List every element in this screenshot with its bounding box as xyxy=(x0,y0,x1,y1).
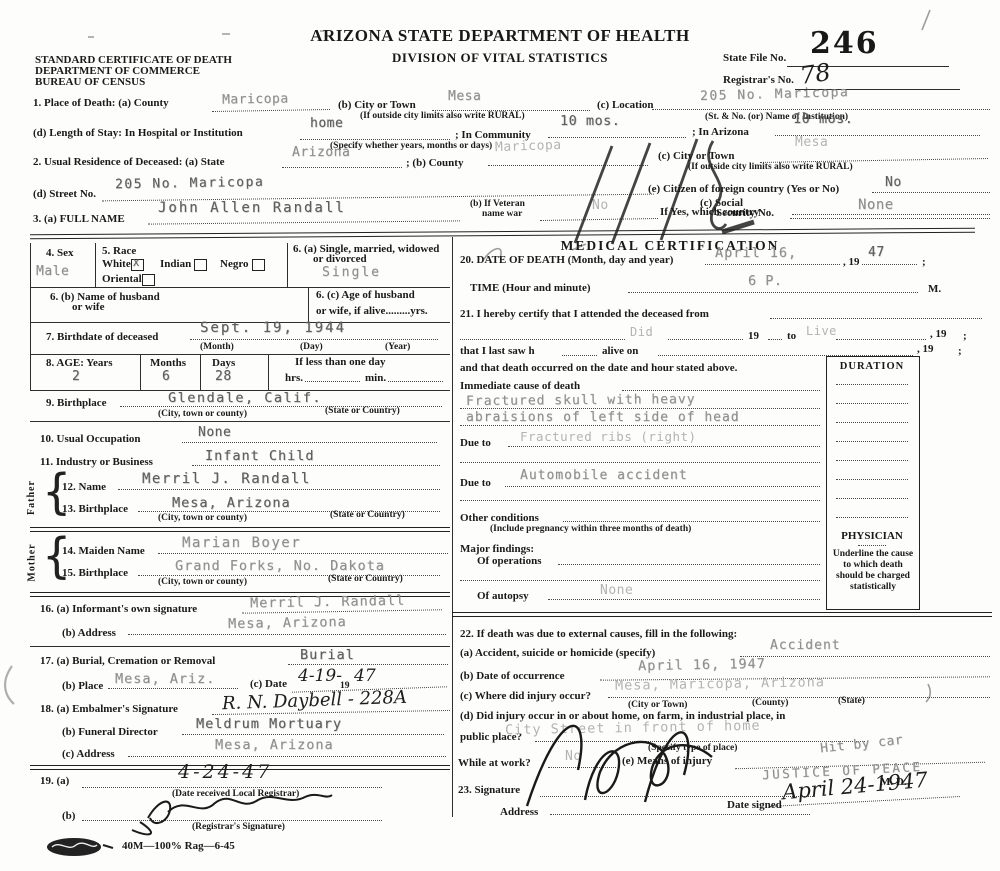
full-name-label: 3. (a) FULL NAME xyxy=(33,213,125,226)
print-run-stamp: 40M—100% Rag—6-45 xyxy=(122,840,235,853)
city-town-label: (b) City or Town xyxy=(338,99,416,112)
death-occurred-label: and that death occurred on the date and … xyxy=(460,362,737,375)
duration-line xyxy=(836,422,908,423)
row-double-line xyxy=(30,527,450,532)
hrs-label: hrs. xyxy=(285,372,303,385)
injury-place-value: City Street in front of home xyxy=(505,718,761,738)
burial-place-value: Mesa, Ariz. xyxy=(115,671,215,687)
registrar-no-label: Registrar's No. xyxy=(723,74,794,87)
spouse-age-label-1: 6. (c) Age of husband xyxy=(316,289,415,302)
registrar-date-label: 19. (a) xyxy=(40,775,69,788)
section-divider-line xyxy=(452,612,992,617)
location-value: 205 No. Maricopa xyxy=(700,85,850,104)
veteran-line xyxy=(540,218,658,221)
mother-birthplace-value: Grand Forks, No. Dakota xyxy=(175,558,385,574)
time-label: TIME (Hour and minute) xyxy=(470,282,591,295)
community-line xyxy=(548,137,686,138)
accident-line xyxy=(740,656,990,657)
father-name-label: 12. Name xyxy=(62,481,106,494)
race-indian-label: Indian xyxy=(160,258,191,271)
duration-line xyxy=(836,403,908,404)
injury-place-sublabel: (Specify type of place) xyxy=(648,743,737,753)
date-of-death-line xyxy=(705,264,840,265)
informant-address-line xyxy=(128,634,446,635)
certify-to-label: to xyxy=(787,330,796,343)
last-saw-line-a xyxy=(562,355,597,356)
birthdate-line xyxy=(190,339,438,340)
citizen-value: No xyxy=(885,175,902,190)
cause-line-2 xyxy=(460,425,820,426)
date-of-death-19: , 19 xyxy=(843,256,860,269)
father-bp-sub-2: (State or Country) xyxy=(330,510,405,520)
mother-bp-sub-1: (City, town or county) xyxy=(158,577,247,587)
burial-value: Burial xyxy=(300,647,355,663)
age-months-label: Months xyxy=(150,357,186,370)
ssn-line xyxy=(790,218,990,219)
immediate-cause-lead-line xyxy=(622,390,820,391)
external-causes-label: 22. If death was due to external causes,… xyxy=(460,628,737,641)
registrar-date-line xyxy=(82,787,382,788)
due-to-label-1: Due to xyxy=(460,437,491,450)
embalmer-label: 18. (a) Embalmer's Signature xyxy=(40,703,178,716)
informant-label: 16. (a) Informant's own signature xyxy=(40,603,197,616)
injury-state-sublabel: (State) xyxy=(838,696,865,706)
occupation-label: 10. Usual Occupation xyxy=(40,433,141,446)
hrs-line xyxy=(305,381,360,382)
at-work-line xyxy=(548,767,616,768)
marital-value: Single xyxy=(322,265,381,280)
section-divider-line xyxy=(30,228,975,239)
informant-value: Merril J. Randall xyxy=(250,593,405,612)
city-value: Mesa xyxy=(448,89,481,104)
registrar-sig-sublabel: (Registrar's Signature) xyxy=(192,822,285,832)
mother-name-value: Marian Boyer xyxy=(182,535,301,551)
stay-hospital-value: home xyxy=(310,116,343,131)
at-work-label: While at work? xyxy=(458,757,531,770)
injury-where-line xyxy=(608,697,990,698)
veteran-label-1: (b) If Veteran xyxy=(470,199,525,209)
race-oriental-checkbox[interactable] xyxy=(142,274,155,286)
in-arizona-label: ; In Arizona xyxy=(692,126,749,139)
injury-where-label: (c) Where did injury occur? xyxy=(460,690,591,703)
date-of-death-end: ; xyxy=(922,256,926,269)
certify-19a: 19 xyxy=(748,330,759,343)
father-birthplace-value: Mesa, Arizona xyxy=(172,495,291,511)
residence-state-value: Arizona xyxy=(292,145,350,160)
due-to-line-2 xyxy=(505,486,820,487)
funeral-address-value: Mesa, Arizona xyxy=(215,737,334,753)
duration-line xyxy=(836,384,908,385)
accident-value: Accident xyxy=(770,638,841,653)
certify-did-value: Did xyxy=(630,325,653,339)
burial-date-label: (c) Date xyxy=(250,678,287,691)
citizen-label: (e) Citizen of foreign country (Yes or N… xyxy=(648,183,839,196)
duration-line xyxy=(836,441,908,442)
death-certificate-sheet: ARIZONA STATE DEPARTMENT OF HEALTH DIVIS… xyxy=(0,0,1000,871)
race-label: 5. Race xyxy=(102,245,136,258)
residence-county-label: ; (b) County xyxy=(406,157,463,170)
injury-place-line xyxy=(535,741,865,742)
due-to-value-2: Automobile accident xyxy=(520,468,688,483)
mother-side-label: Mother xyxy=(27,543,38,581)
occupation-line xyxy=(182,442,437,443)
certify-19b: , 19 xyxy=(930,328,947,341)
stay-label: (d) Length of Stay: In Hospital or Insti… xyxy=(33,127,243,140)
union-bug-stamp xyxy=(47,838,113,856)
certify-live-value: Live xyxy=(806,324,837,338)
veteran-value: No xyxy=(592,198,609,213)
burial-place-line xyxy=(108,688,238,689)
birthdate-label: 7. Birthdate of deceased xyxy=(46,331,158,344)
father-birthplace-label: 13. Birthplace xyxy=(62,503,128,516)
accident-label: (a) Accident, suicide or homicide (speci… xyxy=(460,647,655,660)
row-line xyxy=(30,646,450,647)
occupation-value: None xyxy=(198,425,231,440)
age-divider-3 xyxy=(268,354,269,390)
occurrence-date-value: April 16, 1947 xyxy=(638,656,766,674)
duration-line xyxy=(836,517,908,518)
birthdate-month-sublabel: (Month) xyxy=(200,342,234,352)
cause-value-2: abraisions of left side of head xyxy=(466,410,740,425)
due-to-label-2: Due to xyxy=(460,477,491,490)
of-autopsy-label: Of autopsy xyxy=(477,590,529,603)
burial-place-label: (b) Place xyxy=(62,680,103,693)
burial-label: 17. (a) Burial, Cremation or Removal xyxy=(40,655,215,668)
which-country-line xyxy=(792,214,990,215)
birthdate-value: Sept. 19, 1944 xyxy=(200,320,346,336)
occurrence-date-label: (b) Date of occurrence xyxy=(460,670,565,683)
of-autopsy-line xyxy=(548,599,820,600)
husband-label-2: or wife xyxy=(72,301,104,314)
certify-semicolon-2: ; xyxy=(958,345,962,358)
due-to-line-1 xyxy=(508,446,820,447)
in-arizona-value: 10 mos. xyxy=(793,111,853,127)
mother-name-line xyxy=(158,553,448,554)
registrar-date-value: 4-24-47 xyxy=(178,761,272,783)
city-sublabel: (If outside city limits also write RURAL… xyxy=(360,111,525,121)
date-of-death-label: 20. DATE OF DEATH (Month, day and year) xyxy=(460,254,673,267)
injury-city-sublabel: (City or Town) xyxy=(628,700,687,710)
bureau-line: BUREAU OF CENSUS xyxy=(35,76,145,89)
duration-header: DURATION xyxy=(826,361,918,372)
means-of-injury-value: Hit by car xyxy=(819,733,903,757)
age-years-value: 2 xyxy=(72,369,80,384)
row-line xyxy=(30,287,450,288)
age-months-value: 6 xyxy=(162,369,170,384)
age-divider-2 xyxy=(200,354,201,390)
residence-city-label: (c) City or Town xyxy=(658,150,735,163)
blank-line xyxy=(460,462,820,463)
alive-on-label: alive on xyxy=(602,345,638,358)
community-value: 10 mos. xyxy=(560,113,620,129)
coroner-address-label: Address xyxy=(500,806,538,819)
page-subtitle: DIVISION OF VITAL STATISTICS xyxy=(330,50,670,66)
birthplace-sub-2: (State or Country) xyxy=(325,406,400,416)
ssn-value: None xyxy=(858,197,894,213)
registrar-date-sublabel: (Date received Local Registrar) xyxy=(172,789,299,799)
other-conditions-label: Other conditions xyxy=(460,512,539,525)
of-autopsy-value: None xyxy=(600,583,633,598)
informant-address-label: (b) Address xyxy=(62,627,116,640)
residence-label: 2. Usual Residence of Deceased: (a) Stat… xyxy=(33,156,225,169)
birthplace-sub-1: (City, town or county) xyxy=(158,409,247,419)
birthdate-year-sublabel: (Year) xyxy=(385,342,410,352)
father-name-line xyxy=(118,489,440,490)
race-white-mark: X xyxy=(133,258,140,269)
column-divider-line xyxy=(452,237,453,817)
sex-label: 4. Sex xyxy=(46,247,74,260)
funeral-address-line xyxy=(128,756,446,757)
mother-birthplace-label: 15. Birthplace xyxy=(62,567,128,580)
location-line xyxy=(652,109,990,110)
duration-line xyxy=(836,498,908,499)
box-left-border xyxy=(30,243,31,390)
burial-date-value-2: 47 xyxy=(354,666,376,686)
row-line xyxy=(30,354,450,355)
row-line xyxy=(30,421,450,422)
other-conditions-line xyxy=(563,521,820,522)
informant-address-value: Mesa, Arizona xyxy=(228,614,347,632)
date-of-death-value: April 16, xyxy=(715,245,797,261)
certify-line-2a xyxy=(460,339,625,340)
race-negro-label: Negro xyxy=(220,258,249,271)
signature-line xyxy=(540,796,815,797)
sex-race-divider xyxy=(95,243,96,287)
physician-note: Underline the cause to which death shoul… xyxy=(832,549,914,593)
embalmer-signature: R. N. Daybell - 228A xyxy=(222,687,408,714)
place-of-death-label: 1. Place of Death: (a) County xyxy=(33,97,169,110)
means-of-injury-label: (e) Means of injury xyxy=(622,755,712,768)
father-name-value: Merril J. Randall xyxy=(142,471,311,487)
age-label: 8. AGE: Years xyxy=(46,357,113,370)
county-value: Maricopa xyxy=(222,91,289,107)
burial-line xyxy=(288,664,448,665)
certify-line-2b xyxy=(668,339,743,340)
citizen-line xyxy=(872,192,990,193)
time-m-label: M. xyxy=(928,283,941,296)
ssn-label-2: Security No. xyxy=(716,207,774,220)
residence-county-line xyxy=(488,165,648,166)
husband-age-divider xyxy=(308,287,309,322)
race-negro-checkbox[interactable] xyxy=(252,259,265,271)
birthdate-day-sublabel: (Day) xyxy=(300,342,323,352)
residence-city-value: Mesa xyxy=(795,135,828,150)
physician-header: PHYSICIAN xyxy=(826,530,918,542)
mother-name-label: 14. Maiden Name xyxy=(62,545,145,558)
duration-line xyxy=(836,479,908,480)
birthplace-label: 9. Birthplace xyxy=(46,397,107,410)
at-work-value: No xyxy=(565,749,582,764)
residence-county-value: Maricopa xyxy=(495,138,562,155)
cause-value-1: Fractured skull with heavy xyxy=(466,392,696,409)
min-line xyxy=(388,381,443,382)
physician-dash xyxy=(858,545,886,546)
location-label: (c) Location xyxy=(597,99,654,112)
less-than-day-label: If less than one day xyxy=(295,356,385,369)
of-operations-label: Of operations xyxy=(477,555,541,568)
veteran-label-2: name war xyxy=(482,209,522,219)
state-file-number: 246 xyxy=(810,26,879,61)
certify-label: 21. I hereby certify that I attended the… xyxy=(460,308,709,321)
husband-label-1: 6. (b) Name of husband xyxy=(50,291,160,304)
full-name-value: John Allen Randall xyxy=(158,200,346,216)
race-white-label: White xyxy=(102,258,131,271)
street-value: 205 No. Maricopa xyxy=(115,175,264,193)
sex-value: Male xyxy=(36,264,69,279)
residence-state-line xyxy=(282,167,402,168)
race-oriental-label: Oriental xyxy=(102,273,142,286)
age-divider-1 xyxy=(140,354,141,390)
certify-line-2d xyxy=(836,339,926,340)
blank-line xyxy=(460,580,820,581)
time-line xyxy=(628,292,918,293)
blank-line xyxy=(460,500,820,501)
page-title: ARIZONA STATE DEPARTMENT OF HEALTH xyxy=(290,26,710,46)
county-line xyxy=(212,109,330,112)
father-bp-sub-1: (City, town or county) xyxy=(158,513,247,523)
marital-label-2: or divorced xyxy=(313,253,367,266)
stay-hospital-line xyxy=(300,139,450,140)
burial-date-value-1: 4-19- xyxy=(298,666,342,686)
date-of-death-year: 47 xyxy=(868,245,885,260)
registrar-sig-label: (b) xyxy=(62,810,75,823)
state-file-label: State File No. xyxy=(723,52,786,65)
time-value: 6 P. xyxy=(748,273,783,289)
full-name-line xyxy=(148,220,460,224)
major-findings-label: Major findings: xyxy=(460,543,534,556)
signature-label: 23. Signature xyxy=(458,784,520,797)
birthplace-value: Glendale, Calif. xyxy=(168,390,322,406)
injury-county-sublabel: (County) xyxy=(752,698,788,708)
residence-city-sublabel: (If outside city limits also write RURAL… xyxy=(688,162,853,172)
industry-line xyxy=(192,465,440,466)
certify-semicolon-1: ; xyxy=(963,330,967,343)
immediate-cause-label: Immediate cause of death xyxy=(460,380,580,393)
of-operations-line xyxy=(558,564,820,565)
certify-19c: , 19 xyxy=(917,343,934,356)
mother-bp-sub-2: (State or Country) xyxy=(328,574,403,584)
injury-where-value: Mesa, Maricopa, Arizona xyxy=(615,674,825,694)
certify-line-2c xyxy=(768,339,782,340)
funeral-director-label: (b) Funeral Director xyxy=(62,726,158,739)
funeral-address-label: (c) Address xyxy=(62,748,115,761)
age-days-label: Days xyxy=(212,357,235,370)
other-conditions-sublabel: (Include pregnancy within three months o… xyxy=(490,524,691,534)
age-days-value: 28 xyxy=(215,369,232,384)
min-label: min. xyxy=(365,372,386,385)
duration-line xyxy=(836,460,908,461)
race-marital-divider xyxy=(287,243,288,287)
registrar-sig-line xyxy=(82,820,382,821)
street-label: (d) Street No. xyxy=(33,188,96,201)
industry-value: Infant Child xyxy=(205,448,315,464)
due-to-value-1: Fractured ribs (right) xyxy=(520,429,697,444)
funeral-director-line xyxy=(182,734,444,735)
funeral-director-value: Meldrum Mortuary xyxy=(196,716,342,732)
stay-sublabel: (Specify whether years, months or days) xyxy=(330,141,492,151)
spouse-age-label-2: or wife, if alive.........yrs. xyxy=(316,305,428,318)
coroner-address-line xyxy=(550,814,810,815)
certify-line-1 xyxy=(770,318,982,319)
last-saw-label: that I last saw h xyxy=(460,345,535,358)
date-of-death-year-line xyxy=(862,264,917,265)
father-side-label: Father xyxy=(26,480,37,515)
race-indian-checkbox[interactable] xyxy=(194,259,207,271)
cause-line-1 xyxy=(460,408,820,409)
